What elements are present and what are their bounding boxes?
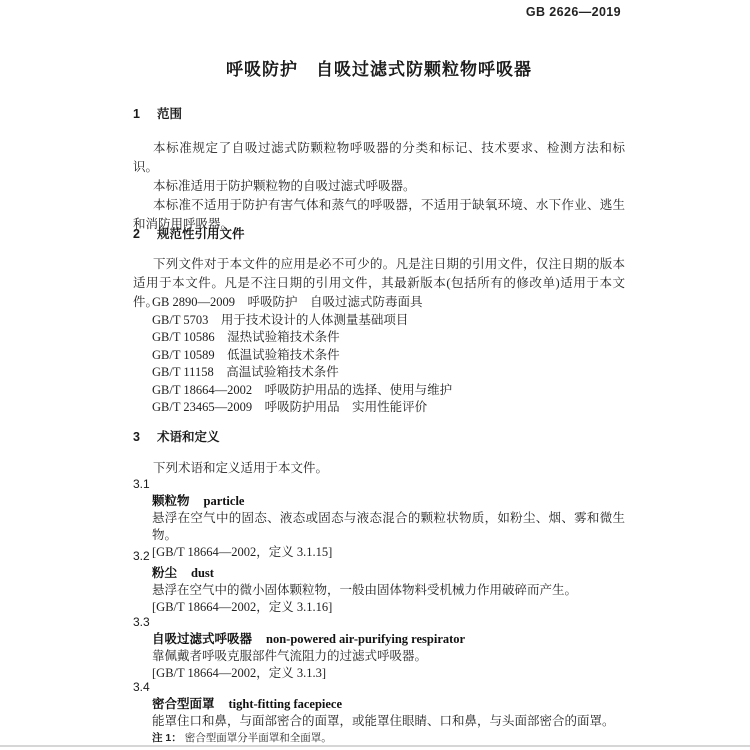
section-2-title: 规范性引用文件	[157, 227, 245, 241]
term-number: 3.3	[133, 614, 625, 631]
term-chinese: 自吸过滤式呼吸器	[152, 632, 252, 646]
term-english: dust	[191, 566, 214, 580]
doc-number: GB 2626—2019	[526, 5, 621, 19]
term-3-2: 3.2 粉尘dust 悬浮在空气中的微小固体颗粒物，一般由固体物料受机械力作用破…	[133, 548, 625, 616]
term-number: 3.1	[133, 476, 625, 493]
reference-item: GB/T 18664—2002 呼吸防护用品的选择、使用与维护	[152, 382, 625, 400]
term-number: 3.4	[133, 679, 625, 696]
term-english: particle	[204, 494, 245, 508]
reference-item: GB 2890—2009 呼吸防护 自吸过滤式防毒面具	[152, 294, 625, 312]
term-title: 颗粒物particle	[152, 493, 625, 510]
term-english: non-powered air-purifying respirator	[266, 632, 465, 646]
reference-item: GB/T 5703 用于技术设计的人体测量基础项目	[152, 312, 625, 330]
reference-item: GB/T 11158 高温试验箱技术条件	[152, 364, 625, 382]
term-title: 密合型面罩tight-fitting facepiece	[152, 696, 625, 713]
term-3-4: 3.4 密合型面罩tight-fitting facepiece 能罩住口和鼻，…	[133, 679, 625, 747]
term-chinese: 粉尘	[152, 566, 177, 580]
term-english: tight-fitting facepiece	[229, 697, 343, 711]
term-definition: 悬浮在空气中的固态、液态或固态与液态混合的颗粒状物质，如粉尘、烟、雾和微生物。	[152, 510, 625, 544]
section-2-number: 2	[133, 228, 150, 241]
paragraph: 下列术语和定义适用于本文件。	[133, 460, 625, 477]
term-body: 密合型面罩tight-fitting facepiece 能罩住口和鼻，与面部密…	[133, 696, 625, 747]
section-3-heading: 3术语和定义	[133, 431, 220, 444]
normative-references-list: GB 2890—2009 呼吸防护 自吸过滤式防毒面具 GB/T 5703 用于…	[152, 294, 625, 417]
term-definition: 能罩住口和鼻，与面部密合的面罩，或能罩住眼睛、口和鼻，与头面部密合的面罩。	[152, 713, 625, 730]
reference-item: GB/T 23465—2009 呼吸防护用品 实用性能评价	[152, 399, 625, 417]
reference-item: GB/T 10589 低温试验箱技术条件	[152, 347, 625, 365]
section-2-heading: 2规范性引用文件	[133, 228, 245, 241]
standard-document-page: GB 2626—2019 呼吸防护 自吸过滤式防颗粒物呼吸器 1范围 本标准规定…	[0, 0, 750, 750]
term-3-3: 3.3 自吸过滤式呼吸器non-powered air-purifying re…	[133, 614, 625, 682]
term-body: 自吸过滤式呼吸器non-powered air-purifying respir…	[133, 631, 625, 682]
page-bottom-edge	[0, 745, 750, 747]
section-1-body: 本标准规定了自吸过滤式防颗粒物呼吸器的分类和标记、技术要求、检测方法和标识。 本…	[133, 139, 625, 234]
reference-item: GB/T 10586 湿热试验箱技术条件	[152, 329, 625, 347]
term-definition: 靠佩戴者呼吸克服部件气流阻力的过滤式呼吸器。	[152, 648, 625, 665]
section-3-number: 3	[133, 431, 150, 444]
section-1-title: 范围	[157, 107, 182, 121]
note-text: 密合型面罩分半面罩和全面罩。	[185, 733, 332, 744]
section-3-title: 术语和定义	[157, 430, 220, 444]
paragraph: 本标准规定了自吸过滤式防颗粒物呼吸器的分类和标记、技术要求、检测方法和标识。	[133, 139, 625, 177]
term-definition: 悬浮在空气中的微小固体颗粒物，一般由固体物料受机械力作用破碎而产生。	[152, 582, 625, 599]
term-number: 3.2	[133, 548, 625, 565]
page-content: GB 2626—2019 呼吸防护 自吸过滤式防颗粒物呼吸器 1范围 本标准规定…	[133, 0, 625, 750]
section-1-heading: 1范围	[133, 108, 182, 121]
term-chinese: 密合型面罩	[152, 697, 215, 711]
paragraph: 本标准适用于防护颗粒物的自吸过滤式呼吸器。	[133, 177, 625, 196]
term-title: 自吸过滤式呼吸器non-powered air-purifying respir…	[152, 631, 625, 648]
term-chinese: 颗粒物	[152, 494, 190, 508]
term-title: 粉尘dust	[152, 565, 625, 582]
section-1-number: 1	[133, 108, 150, 121]
term-body: 粉尘dust 悬浮在空气中的微小固体颗粒物，一般由固体物料受机械力作用破碎而产生…	[133, 565, 625, 616]
note-label: 注 1：	[152, 732, 182, 744]
doc-title: 呼吸防护 自吸过滤式防颗粒物呼吸器	[133, 55, 625, 80]
section-3-intro: 下列术语和定义适用于本文件。	[133, 460, 625, 477]
